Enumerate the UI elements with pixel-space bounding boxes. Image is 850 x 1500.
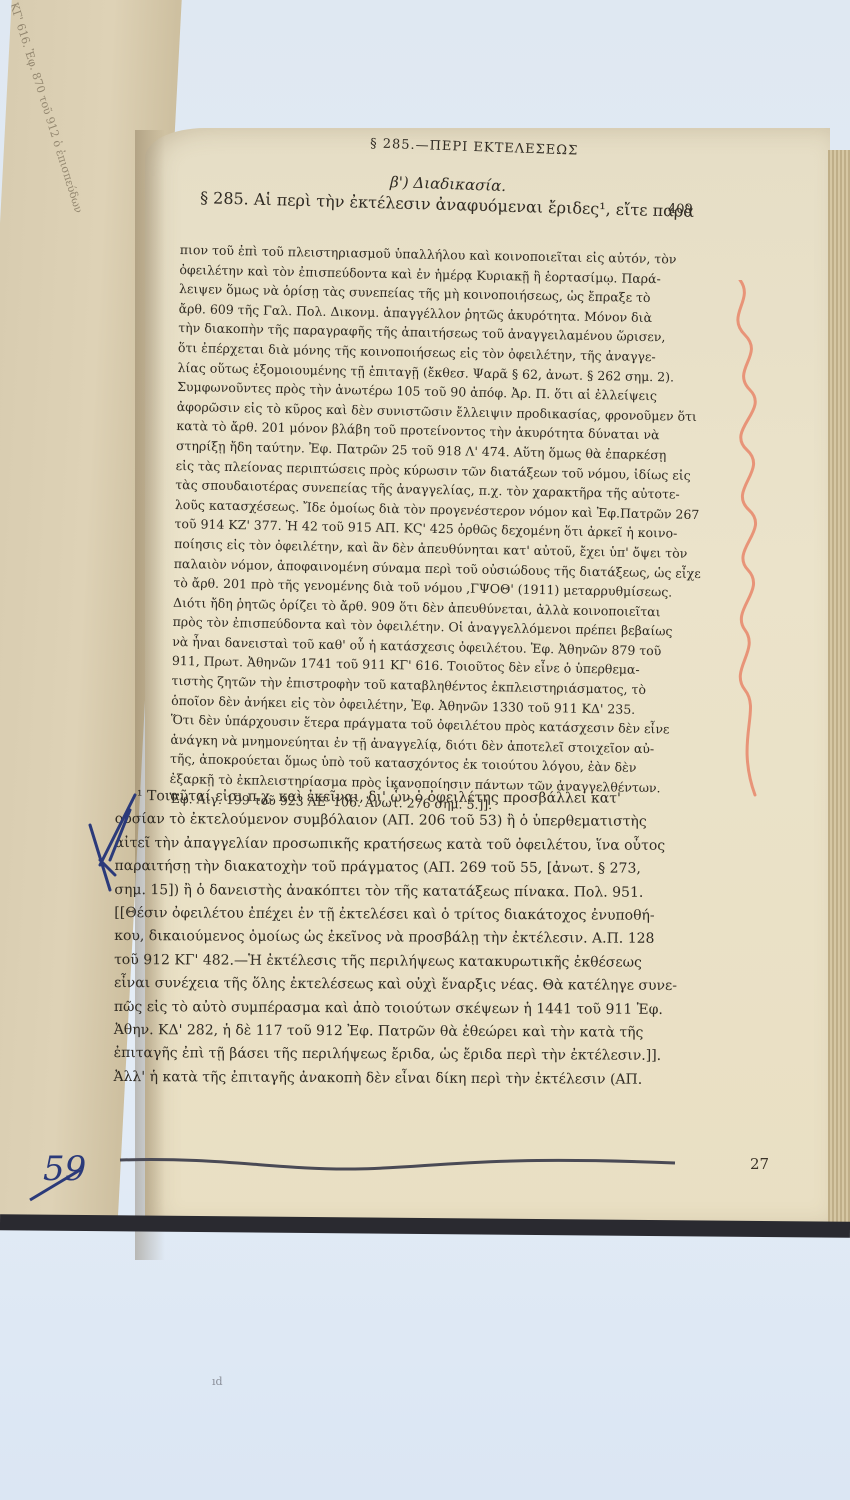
- footnote-line: παραιτήσῃ τὴν διακατοχὴν τοῦ πράγματος (…: [115, 855, 765, 882]
- footnote-line: [[Θέσιν ὀφειλέτου ἐπέχει ἐν τῇ ἐκτελέσει…: [114, 902, 764, 929]
- footnote-line: πῶς εἰς τὸ αὐτὸ συμπέρασμα καὶ ἀπὸ τοιού…: [114, 996, 764, 1023]
- footnote-line: αἰτεῖ τὴν ἀπαγγελίαν προσωπικῆς κρατήσεω…: [115, 832, 765, 859]
- footnote-line: ἐπιταγῆς ἐπὶ τῇ βάσει τῆς περιλήψεως ἔρι…: [114, 1042, 764, 1069]
- left-page-text: ΚΓ' 616. Ἐφ. 870 τοῦ 912 ὁ ἐπισπεύδων: [4, 0, 56, 119]
- gutter-shadow: [135, 130, 165, 1260]
- footnote-line: ¹ Τοιαῦταί εἰσι π.χ. καὶ ἐκεῖναι, δι' ὧν…: [115, 785, 765, 812]
- folio-number: 27: [750, 1155, 769, 1173]
- footnote-line: κου, δικαιούμενος ὁμοίως ὡς ἐκεῖνος νὰ π…: [114, 925, 764, 952]
- body-text: πιον τοῦ ἐπὶ τοῦ πλειστηριασμοῦ ὑπαλλήλο…: [169, 240, 740, 819]
- footnote-line: σημ. 15]) ἢ ὁ δανειστὴς ἀνακόπτει τὸν τῆ…: [114, 879, 764, 906]
- footnote-block: ¹ Τοιαῦταί εἰσι π.χ. καὶ ἐκεῖναι, δι' ὧν…: [113, 785, 765, 1093]
- footnote-line: Ἀθην. ΚΔ' 282, ἡ δὲ 117 τοῦ 912 Ἐφ. Πατρ…: [114, 1019, 764, 1046]
- footnote-line: εἶναι συνέχεια τῆς ὅλης ἐκτελέσεως καὶ ο…: [114, 972, 764, 999]
- footnote-line: οὐσίαν τὸ ἐκτελούμενον συμβόλαιον (ΑΠ. 2…: [115, 808, 765, 835]
- page-edges: [828, 150, 850, 1230]
- footnote-line: τοῦ 912 ΚΓ' 482.—Ἡ ἐκτέλεσις τῆς περιλήψ…: [114, 949, 764, 976]
- background-mark: ıd: [212, 1375, 223, 1388]
- footnote-line: Ἀλλ' ἡ κατὰ τῆς ἐπιταγῆς ἀνακοπὴ δὲν εἶν…: [113, 1066, 763, 1093]
